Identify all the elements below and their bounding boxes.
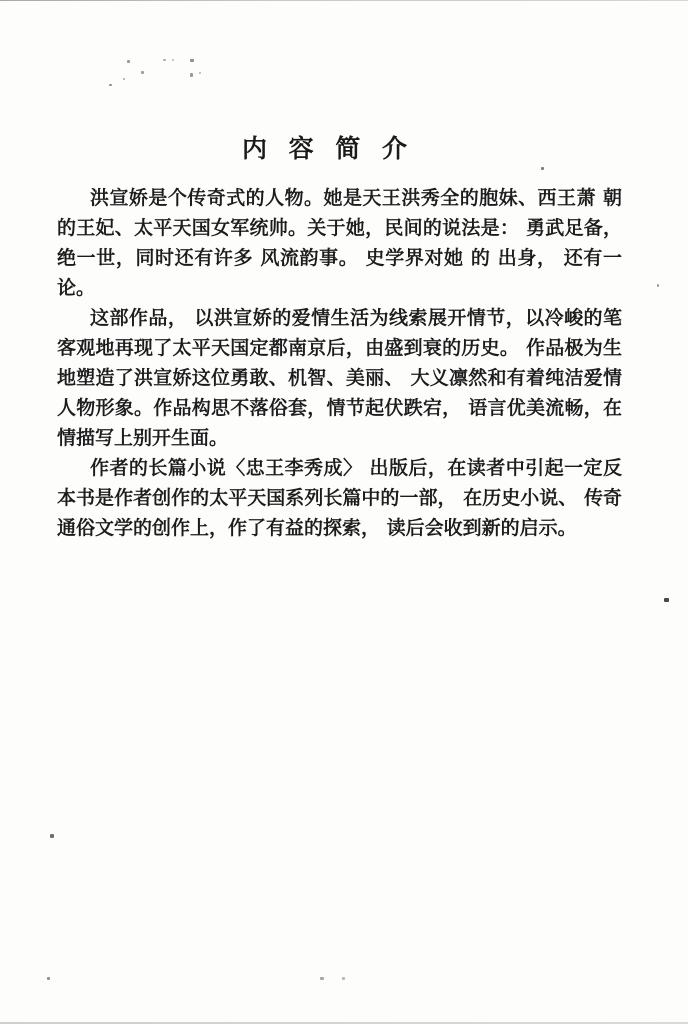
scan-speck <box>109 84 112 86</box>
scan-speck <box>657 284 659 287</box>
text-line: 人物形象。作品构思不落俗套，情节起伏跌宕， 语言优美流畅，在爱 <box>57 393 622 423</box>
scan-speck <box>541 167 544 170</box>
scan-speck <box>190 73 193 77</box>
text-line: 通俗文学的创作上，作了有益的探索， 读后会收到新的启示。 <box>57 513 622 543</box>
scan-speck <box>172 59 174 61</box>
scan-edge-top <box>0 0 688 1</box>
scan-speck <box>141 71 144 74</box>
scan-speck <box>50 834 54 838</box>
scan-speck <box>123 78 125 80</box>
scan-speck <box>342 977 345 980</box>
scan-speck <box>199 72 201 74</box>
text-line: 客观地再现了太平天国定都南京后，由盛到衰的历史。 作品极为生动 <box>57 333 622 363</box>
summary-text: 洪宣娇是个传奇式的人物。她是天王洪秀全的胞妹、西王萧 朝贵的王妃、太平天国女军统… <box>57 183 622 543</box>
scan-speck <box>127 60 130 63</box>
scan-speck <box>320 977 324 980</box>
scanned-book-page: 内 容 简 介 洪宣娇是个传奇式的人物。她是天王洪秀全的胞妹、西王萧 朝贵的王妃… <box>0 0 688 1024</box>
scan-speck <box>664 598 669 602</box>
text-line: 作者的长篇小说〈忠王李秀成〉 出版后，在读者中引起一定反响。 <box>57 453 622 483</box>
text-line: 论。 <box>57 273 622 303</box>
text-line: 本书是作者创作的太平天国系列长篇中的一部， 在历史小说、 传奇和 <box>57 483 622 513</box>
scan-speck <box>47 977 50 980</box>
text-line: 绝一世，同时还有许多 风流韵事。 史学界对她 的 出身， 还有一些争 <box>57 243 622 273</box>
scan-speck <box>190 59 194 62</box>
text-line: 洪宣娇是个传奇式的人物。她是天王洪秀全的胞妹、西王萧 朝贵 <box>57 183 622 213</box>
scan-speck <box>163 59 166 61</box>
text-line: 这部作品， 以洪宣娇的爱情生活为线索展开情节，以冷峻的笔触， <box>57 303 622 333</box>
text-line: 情描写上别开生面。 <box>57 423 622 453</box>
text-line: 地塑造了洪宣娇这位勇敢、机智、美丽、 大义凛然和有着纯洁爱情的 <box>57 363 622 393</box>
text-line: 的王妃、太平天国女军统帅。关于她，民间的说法是： 勇武足备，艳 <box>57 213 622 243</box>
page-title: 内 容 简 介 <box>0 129 650 165</box>
